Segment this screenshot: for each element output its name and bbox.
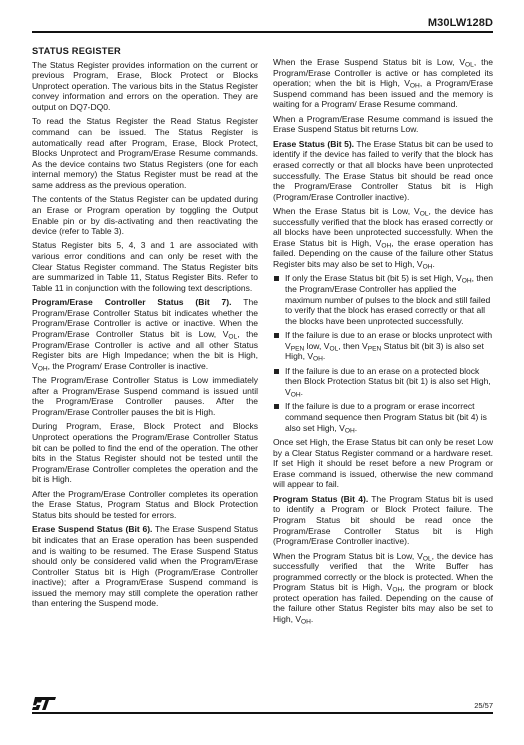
paragraph-program-status: Program Status (Bit 4). The Program Stat… xyxy=(273,494,493,547)
document-part-number: M30LW128D xyxy=(428,17,493,29)
list-item: If only the Erase Status bit (bit 5) is … xyxy=(273,273,493,326)
paragraph: The Status Register provides information… xyxy=(32,60,258,113)
paragraph: The contents of the Status Register can … xyxy=(32,194,258,236)
list-item: If the failure is due to an erase or blo… xyxy=(273,330,493,362)
subsection-heading: Program/Erase Controller Status (Bit 7). xyxy=(32,297,232,307)
footer-rule xyxy=(32,712,493,714)
paragraph: To read the Status Register the Read Sta… xyxy=(32,116,258,190)
section-title: STATUS REGISTER xyxy=(32,46,258,57)
paragraph: When the Erase Status bit is Low, VOL, t… xyxy=(273,206,493,270)
paragraph: When the Program Status bit is Low, VOL,… xyxy=(273,551,493,625)
paragraph-erase-suspend: Erase Suspend Status (Bit 6). The Erase … xyxy=(32,524,258,609)
bullet-list: If only the Erase Status bit (bit 5) is … xyxy=(273,273,493,433)
paragraph-pec-status: Program/Erase Controller Status (Bit 7).… xyxy=(32,297,258,371)
paragraph: When the Erase Suspend Status bit is Low… xyxy=(273,57,493,110)
paragraph: The Program/Erase Controller Status is L… xyxy=(32,375,258,417)
paragraph: Status Register bits 5, 4, 3 and 1 are a… xyxy=(32,240,258,293)
left-column: STATUS REGISTER The Status Register prov… xyxy=(32,46,258,613)
subsection-heading: Erase Suspend Status (Bit 6). xyxy=(32,524,152,534)
paragraph: Once set High, the Erase Status bit can … xyxy=(273,437,493,490)
header-rule xyxy=(32,31,493,33)
list-item: If the failure is due to an erase on a p… xyxy=(273,366,493,398)
right-column: When the Erase Suspend Status bit is Low… xyxy=(273,57,493,628)
paragraph: After the Program/Erase Controller compl… xyxy=(32,489,258,521)
page-number: 25/57 xyxy=(474,701,493,710)
subsection-heading: Program Status (Bit 4). xyxy=(273,494,368,504)
st-logo-icon xyxy=(32,697,56,710)
paragraph: When a Program/Erase Resume command is i… xyxy=(273,114,493,135)
paragraph: During Program, Erase, Block Protect and… xyxy=(32,421,258,485)
paragraph-erase-status: Erase Status (Bit 5). The Erase Status b… xyxy=(273,139,493,203)
subsection-heading: Erase Status (Bit 5). xyxy=(273,139,354,149)
list-item: If the failure is due to a program or er… xyxy=(273,401,493,433)
